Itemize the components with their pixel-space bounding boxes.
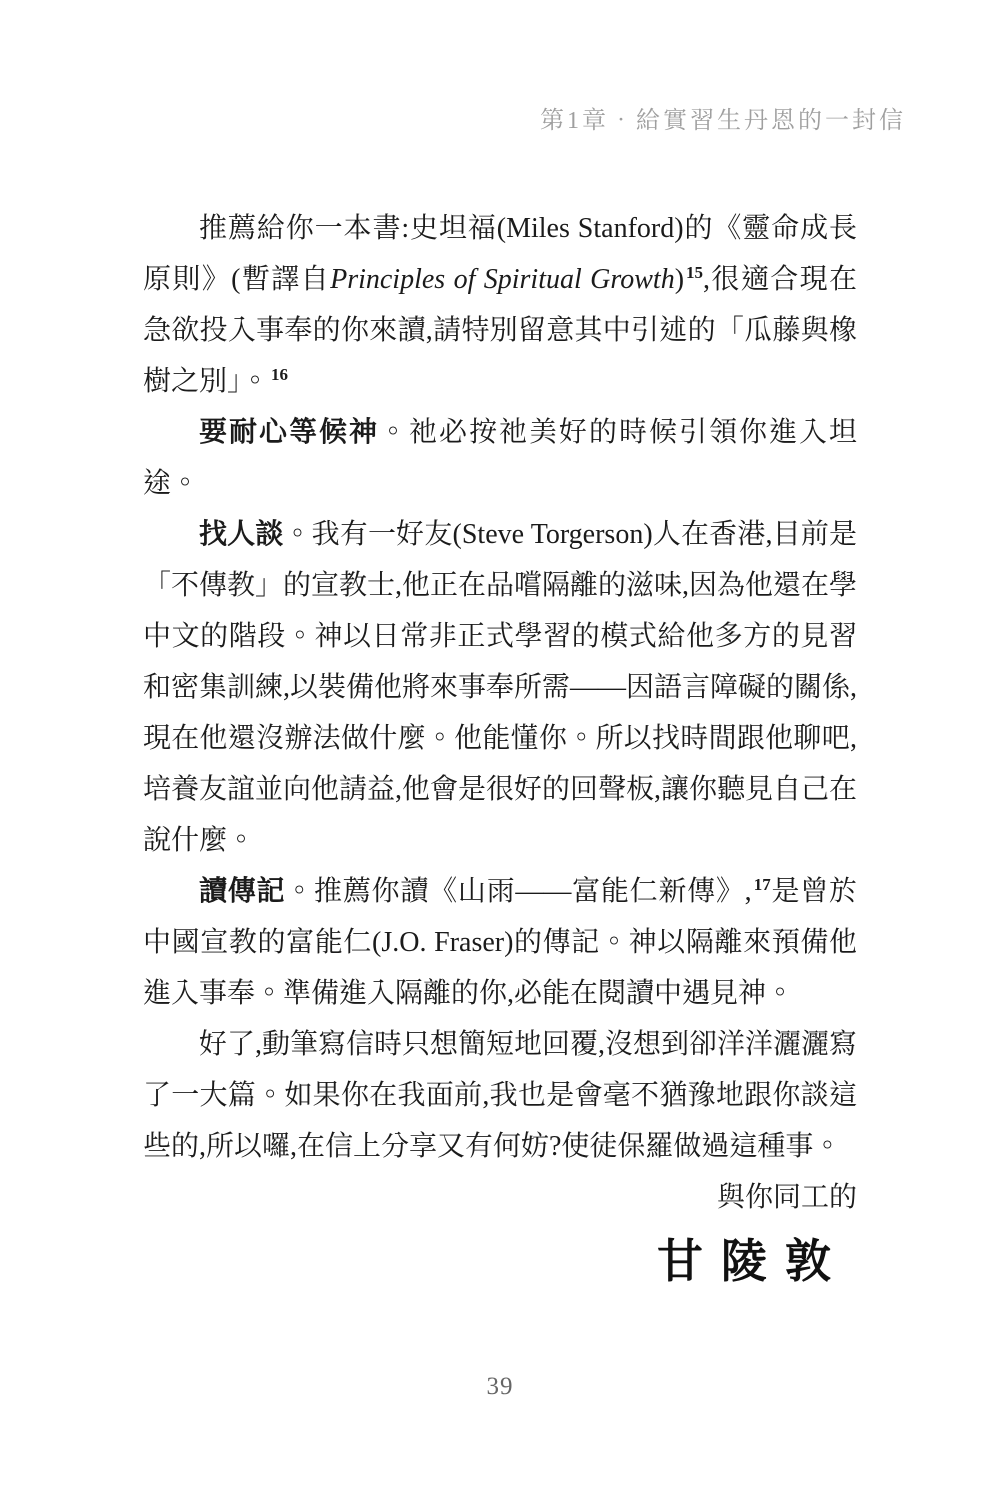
paragraph-find-someone: 找人談。我有一好友(Steve Torgerson)人在香港,目前是「不傳教」的…	[143, 509, 857, 866]
footnote-ref-16: 16	[271, 365, 288, 384]
letter-body: 推薦給你一本書:史坦福(Miles Stanford)的《靈命成長原則》(暫譯自…	[143, 203, 857, 1291]
bold-lead-phrase: 找人談	[199, 519, 284, 550]
letter-closing: 與你同工的	[143, 1172, 857, 1223]
english-book-title: Principles of Spiritual Growth	[330, 264, 675, 295]
paragraph-read-biography: 讀傳記。推薦你讀《山雨——富能仁新傳》,17是曾於中國宣教的富能仁(J.O. F…	[143, 866, 857, 1019]
footnote-ref-15: 15	[686, 263, 703, 282]
paragraph-conclusion: 好了,動筆寫信時只想簡短地回覆,沒想到卻洋洋灑灑寫了一大篇。如果你在我面前,我也…	[143, 1019, 857, 1172]
paragraph-text: 好了,動筆寫信時只想簡短地回覆,沒想到卻洋洋灑灑寫了一大篇。如果你在我面前,我也…	[143, 1029, 857, 1162]
bold-lead-phrase: 讀傳記	[199, 876, 285, 907]
paragraph-text: )	[675, 264, 684, 295]
signature-name: 甘陵敦	[143, 1231, 857, 1291]
paragraph-text: 。我有一好友(Steve Torgerson)人在香港,目前是「不傳教」的宣教士…	[143, 519, 857, 856]
footnote-ref-17: 17	[754, 875, 771, 894]
page-number: 39	[0, 1373, 1000, 1401]
paragraph-wait-on-god: 要耐心等候神。祂必按祂美好的時候引領你進入坦途。	[143, 407, 857, 509]
book-page: 第1章‧給實習生丹恩的一封信 推薦給你一本書:史坦福(Miles Stanfor…	[0, 0, 1000, 1503]
bold-lead-phrase: 要耐心等候神	[199, 417, 379, 448]
paragraph-recommend-book: 推薦給你一本書:史坦福(Miles Stanford)的《靈命成長原則》(暫譯自…	[143, 203, 857, 407]
running-header-chapter-title: 第1章‧給實習生丹恩的一封信	[540, 100, 906, 135]
paragraph-text: 。推薦你讀《山雨——富能仁新傳》,	[285, 876, 751, 907]
